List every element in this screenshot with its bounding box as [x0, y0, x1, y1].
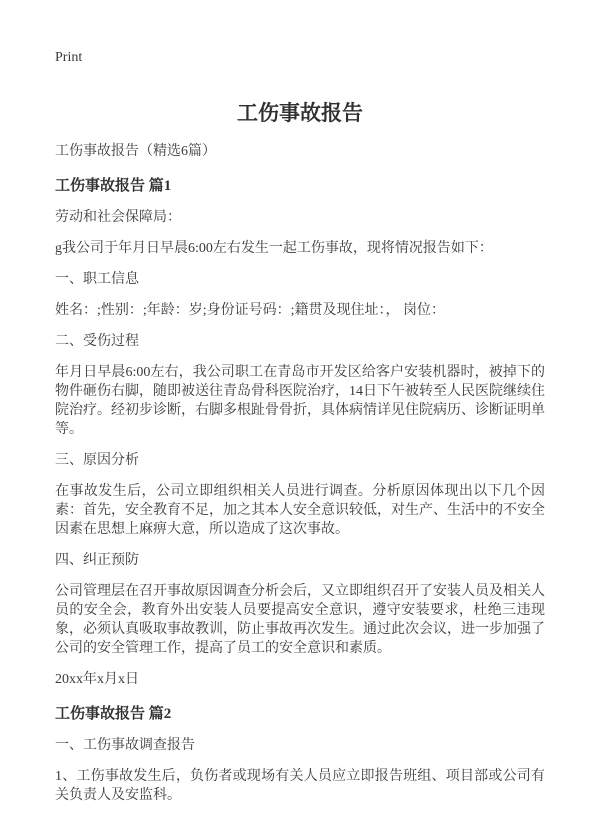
corrective-prevention-paragraph: 公司管理层在召开事故原因调查分析会后，又立即组织召开了安装人员及相关人员的安全会… — [55, 582, 545, 658]
page-title: 工伤事故报告 — [55, 100, 545, 126]
section-heading-piece-1: 工伤事故报告 篇1 — [55, 176, 545, 196]
employee-fields-line: 姓名：;性别：;年龄：岁;身份证号码：;籍贯及现住址：， 岗位： — [55, 301, 545, 320]
subheading-corrective-prevention: 四、纠正预防 — [55, 551, 545, 570]
cause-analysis-paragraph: 在事故发生后，公司立即组织相关人员进行调查。分析原因体现出以下几个因素：首先，安… — [55, 482, 545, 539]
salutation-line: 劳动和社会保障局： — [55, 208, 545, 227]
section-heading-piece-2: 工伤事故报告 篇2 — [55, 704, 545, 724]
document-page: Print 工伤事故报告 工伤事故报告（精选6篇） 工伤事故报告 篇1 劳动和社… — [0, 0, 600, 828]
injury-process-paragraph: 年月日早晨6:00左右，我公司职工在青岛市开发区给客户安装机器时，被掉下的物件砸… — [55, 363, 545, 439]
date-line: 20xx年x月x日 — [55, 670, 545, 689]
intro-line: g我公司于年月日早晨6:00左右发生一起工伤事故，现将情况报告如下： — [55, 239, 545, 258]
subheading-injury-process: 二、受伤过程 — [55, 332, 545, 351]
subheading-employee-info: 一、职工信息 — [55, 270, 545, 289]
document-subtitle: 工伤事故报告（精选6篇） — [55, 142, 545, 161]
investigation-item-1: 1、工伤事故发生后，负伤者或现场有关人员应立即报告班组、项目部或公司有关负责人及… — [55, 767, 545, 805]
subheading-investigation-report: 一、工伤事故调查报告 — [55, 736, 545, 755]
subheading-cause-analysis: 三、原因分析 — [55, 451, 545, 470]
print-link[interactable]: Print — [55, 50, 82, 66]
